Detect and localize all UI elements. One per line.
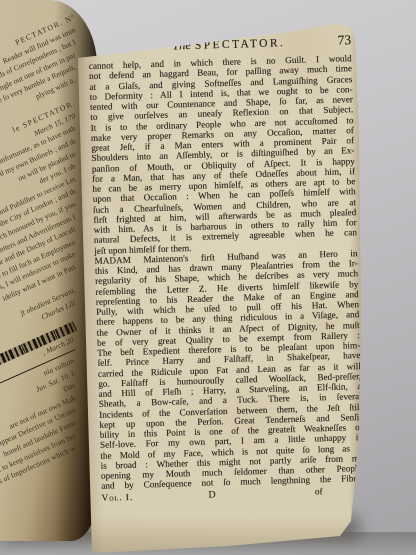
page-title-main: SPECTATOR. — [195, 37, 286, 52]
body-text: cannot help, and in which there is no Gu… — [89, 53, 365, 491]
page-content: Nº 17 TheSPECTATOR. 73 cannot help, and … — [88, 31, 365, 503]
volume-label: Vol. I. — [101, 490, 175, 502]
signature-mark: D — [175, 488, 249, 501]
book-photo: PECTATOR. NºReader will find was immands… — [0, 0, 416, 555]
page-header: Nº 17 TheSPECTATOR. 73 — [88, 31, 351, 57]
right-page: Nº 17 TheSPECTATOR. 73 cannot help, and … — [68, 16, 364, 554]
page-title: TheSPECTATOR. — [146, 32, 311, 55]
page-number: 73 — [311, 32, 351, 49]
catchword: of — [249, 484, 365, 497]
page-title-the: The — [172, 38, 191, 53]
